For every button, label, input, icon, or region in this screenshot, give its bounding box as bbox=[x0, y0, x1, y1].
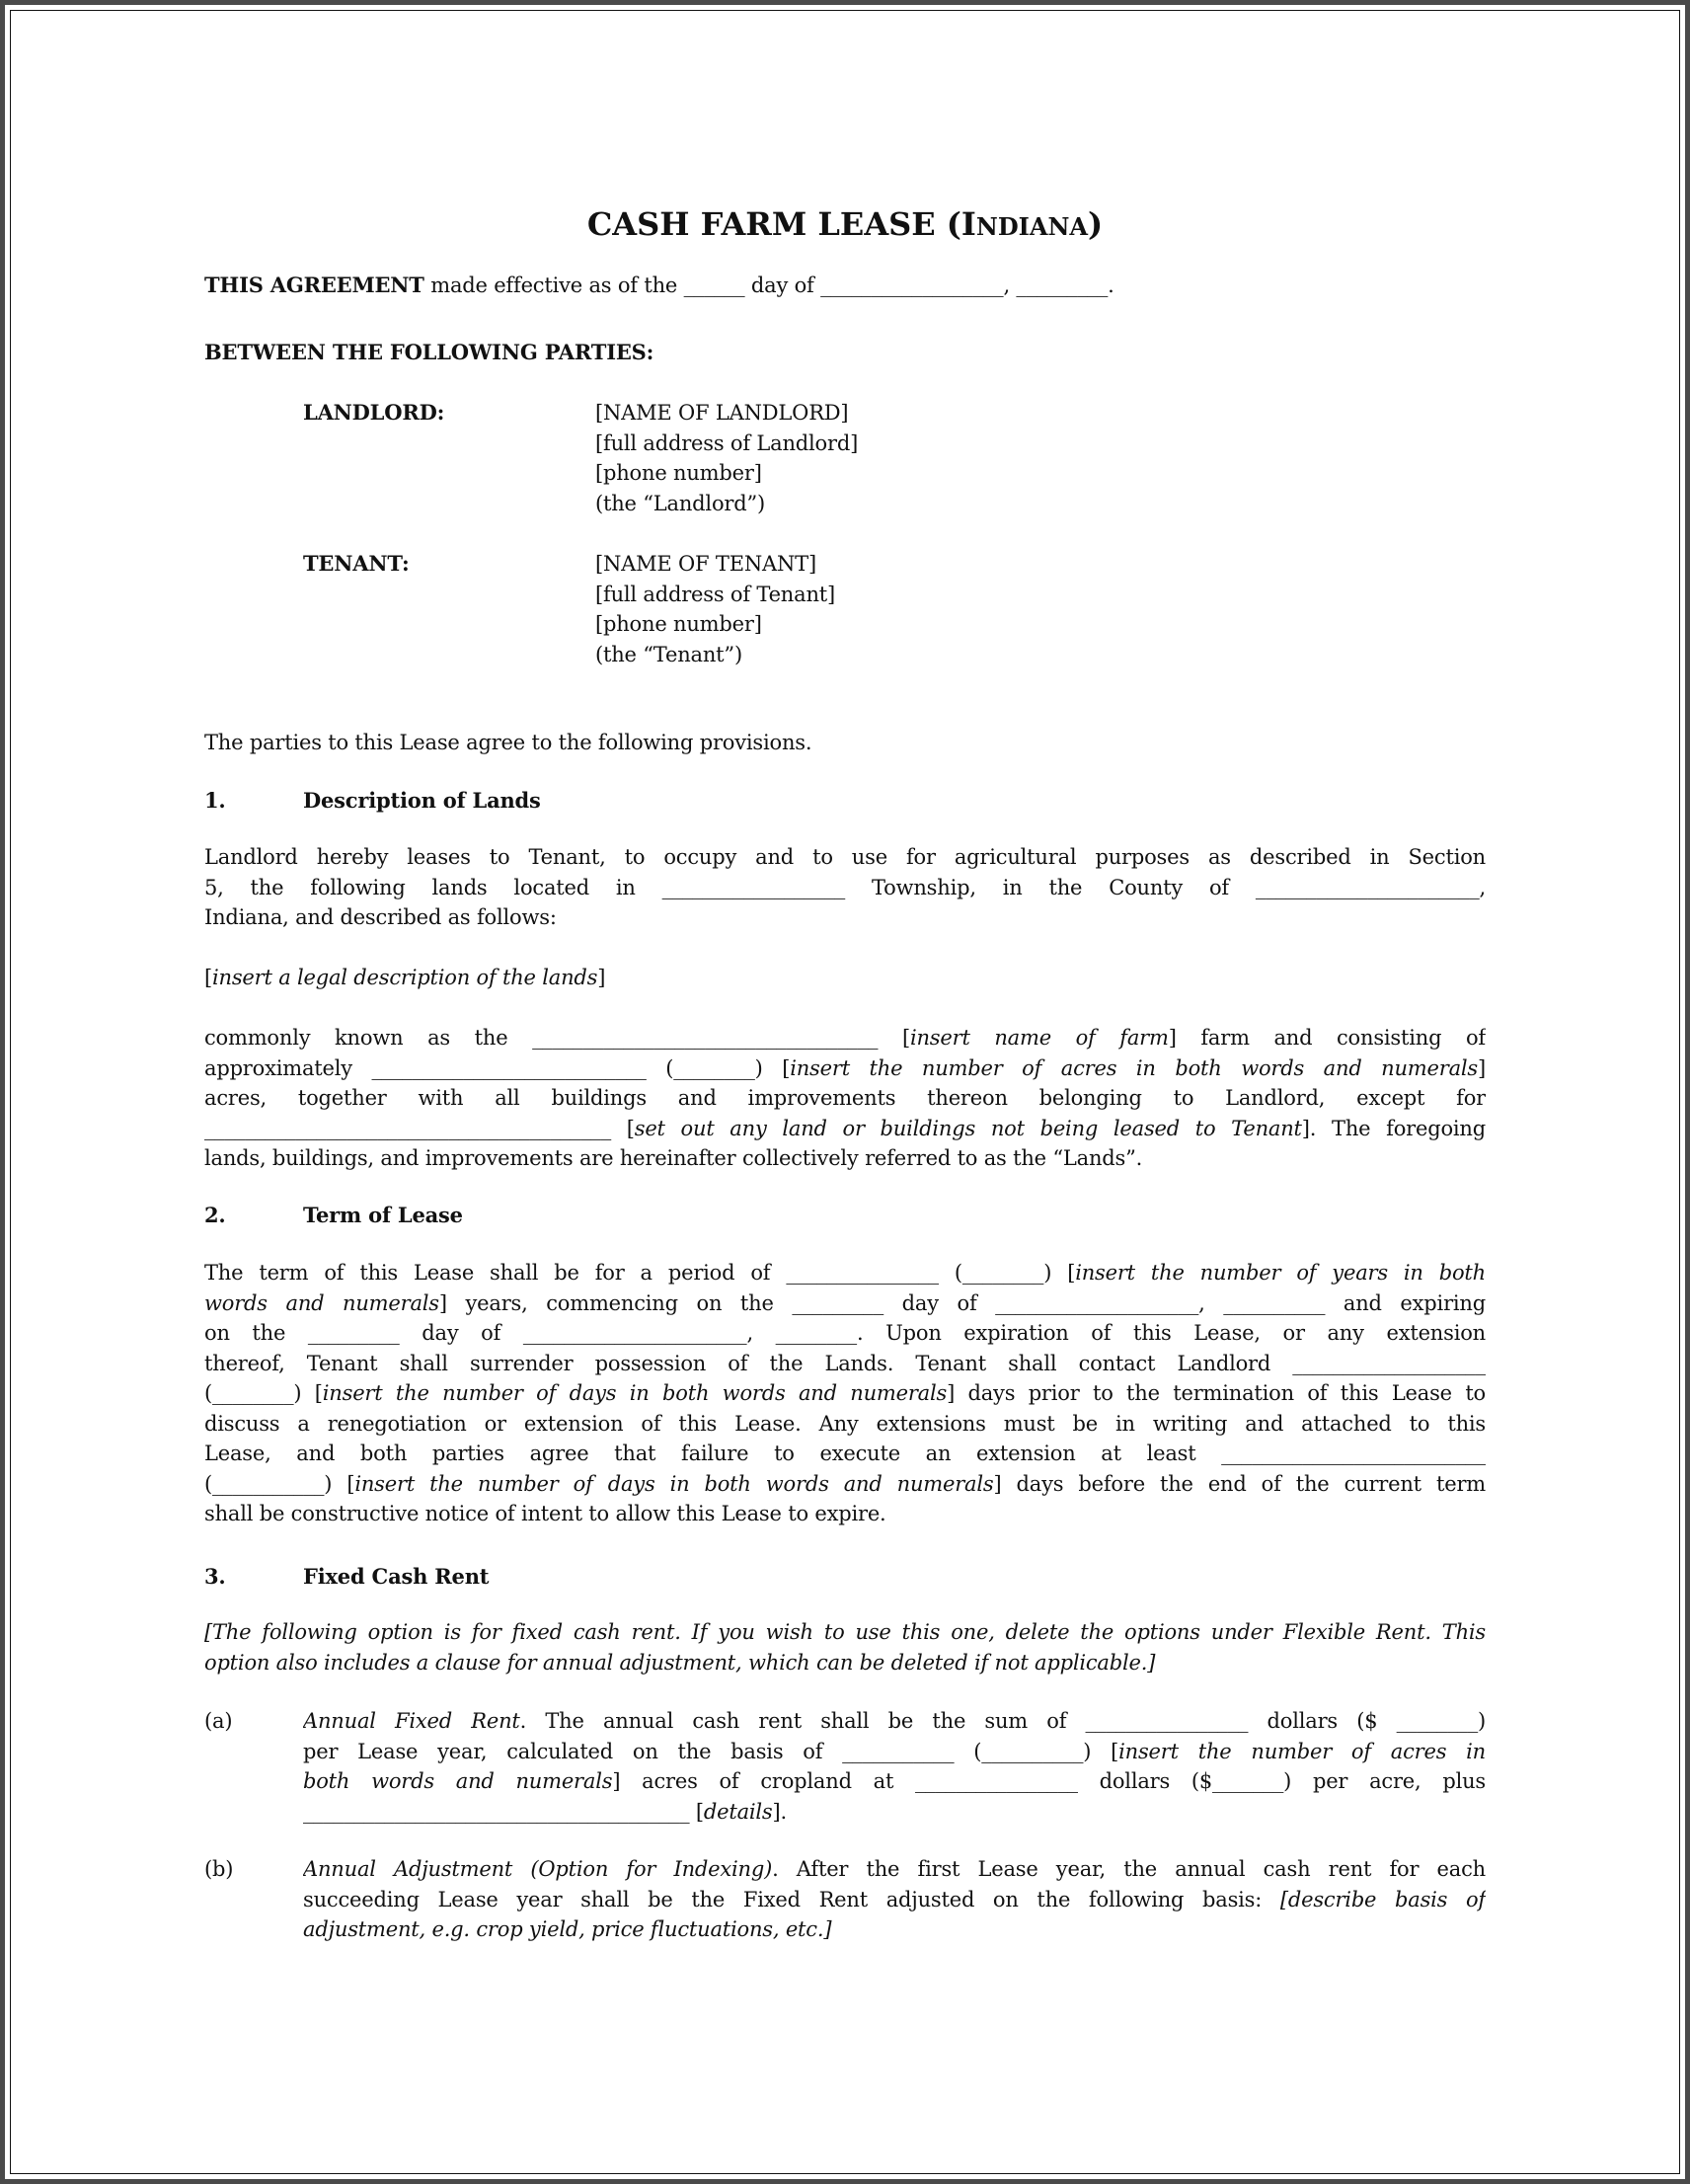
text-run: The term of this Lease shall be for a pe… bbox=[204, 1261, 1075, 1285]
section-3-note: [The following option is for fixed cash … bbox=[204, 1617, 1486, 1677]
text-run: Indiana, and described as follows: bbox=[204, 905, 557, 929]
text-run: commonly known as the __________________… bbox=[204, 1026, 910, 1050]
text-run: ] farm and consisting of bbox=[1169, 1026, 1486, 1050]
text-line: Annual Fixed Rent. The annual cash rent … bbox=[303, 1706, 1486, 1737]
italic-instruction: [describe basis of bbox=[1280, 1888, 1486, 1911]
section-title: Description of Lands bbox=[303, 786, 541, 816]
text-line: on the _________ day of ________________… bbox=[204, 1318, 1486, 1349]
text-line: (___________) [insert the number of days… bbox=[204, 1469, 1486, 1500]
italic-instruction: [The following option is for fixed cash … bbox=[204, 1620, 1486, 1644]
text-line: ______________________________________ [… bbox=[303, 1797, 1486, 1828]
text-run: 5, the following lands located in ______… bbox=[204, 876, 1486, 899]
party-detail-line: [NAME OF TENANT] bbox=[595, 549, 835, 580]
text-run: (________) [ bbox=[204, 1381, 323, 1405]
subsection-label: (a) bbox=[204, 1706, 232, 1737]
italic-instruction: insert name of farm bbox=[910, 1026, 1169, 1050]
section-title: Fixed Cash Rent bbox=[303, 1562, 489, 1592]
party-detail-line: (the “Tenant”) bbox=[595, 640, 835, 670]
text-line: Lease, and both parties agree that failu… bbox=[204, 1439, 1486, 1469]
text-line: shall be constructive notice of intent t… bbox=[204, 1499, 1486, 1529]
section-title: Term of Lease bbox=[303, 1201, 463, 1230]
text-run: ] years, commencing on the _________ day… bbox=[439, 1291, 1486, 1315]
section-1-paragraph-2: [insert a legal description of the lands… bbox=[204, 963, 1486, 993]
text-run: shall be constructive notice of intent t… bbox=[204, 1502, 886, 1525]
party-details: [NAME OF TENANT][full address of Tenant]… bbox=[595, 549, 835, 669]
title-close: ) bbox=[1088, 205, 1103, 243]
italic-instruction: option also includes a clause for annual… bbox=[204, 1651, 1155, 1675]
text-run: thereof, Tenant shall surrender possessi… bbox=[204, 1352, 1486, 1375]
italic-instruction: insert the number of days in both words … bbox=[354, 1472, 993, 1496]
text-line: thereof, Tenant shall surrender possessi… bbox=[204, 1349, 1486, 1379]
subsection-body: Annual Fixed Rent. The annual cash rent … bbox=[303, 1706, 1486, 1827]
text-run: ] bbox=[597, 966, 605, 989]
italic-instruction: insert the number of days in both words … bbox=[323, 1381, 947, 1405]
italic-instruction: Annual Fixed Rent bbox=[303, 1709, 520, 1733]
italic-instruction: set out any land or buildings not being … bbox=[635, 1117, 1302, 1140]
italic-instruction: Annual Adjustment (Option for Indexing) bbox=[303, 1857, 772, 1881]
text-line: per Lease year, calculated on the basis … bbox=[303, 1737, 1486, 1767]
text-line: [insert a legal description of the lands… bbox=[204, 963, 1486, 993]
text-run: ] days prior to the termination of this … bbox=[947, 1381, 1486, 1405]
text-run: acres, together with all buildings and i… bbox=[204, 1086, 1486, 1110]
text-line: both words and numerals] acres of cropla… bbox=[303, 1766, 1486, 1797]
section-number: 1. bbox=[204, 786, 226, 816]
text-run: ________________________________________… bbox=[204, 1117, 635, 1140]
text-run: ]. bbox=[773, 1800, 787, 1824]
party-detail-line: [full address of Tenant] bbox=[595, 580, 835, 610]
text-line: 5, the following lands located in ______… bbox=[204, 873, 1486, 903]
text-line: Indiana, and described as follows: bbox=[204, 902, 1486, 933]
text-run: per Lease year, calculated on the basis … bbox=[303, 1740, 1118, 1763]
subsection-label: (b) bbox=[204, 1854, 233, 1885]
text-run: made effective as of the ______ day of _… bbox=[424, 273, 1114, 297]
text-run: lands, buildings, and improvements are h… bbox=[204, 1146, 1142, 1170]
text-run: [ bbox=[204, 966, 212, 989]
text-line: Landlord hereby leases to Tenant, to occ… bbox=[204, 842, 1486, 873]
text-line: [The following option is for fixed cash … bbox=[204, 1617, 1486, 1648]
text-line: succeeding Lease year shall be the Fixed… bbox=[303, 1885, 1486, 1915]
text-run: succeeding Lease year shall be the Fixed… bbox=[303, 1888, 1280, 1911]
between-heading: BETWEEN THE FOLLOWING PARTIES: bbox=[204, 338, 1486, 368]
text-run: ] bbox=[1478, 1056, 1486, 1080]
text-line: approximately __________________________… bbox=[204, 1053, 1486, 1084]
party-detail-line: [NAME OF LANDLORD] bbox=[595, 398, 858, 429]
italic-instruction: adjustment, e.g. crop yield, price fluct… bbox=[303, 1917, 831, 1941]
agreement-line: THIS AGREEMENT made effective as of the … bbox=[204, 271, 1486, 301]
text-run: discuss a renegotiation or extension of … bbox=[204, 1412, 1486, 1436]
italic-instruction: words and numerals bbox=[204, 1291, 439, 1315]
text-run: . The annual cash rent shall be the sum … bbox=[520, 1709, 1486, 1733]
section-number: 3. bbox=[204, 1562, 226, 1592]
text-line: Annual Adjustment (Option for Indexing).… bbox=[303, 1854, 1486, 1885]
italic-instruction: insert the number of acres in both words… bbox=[790, 1056, 1478, 1080]
text-line: words and numerals] years, commencing on… bbox=[204, 1288, 1486, 1319]
text-run: ] days before the end of the current ter… bbox=[993, 1472, 1486, 1496]
bold-term: THIS AGREEMENT bbox=[204, 273, 424, 297]
italic-instruction: insert the number of acres in bbox=[1118, 1740, 1486, 1763]
text-line: option also includes a clause for annual… bbox=[204, 1648, 1486, 1678]
title-state: INDIANA bbox=[961, 212, 1088, 242]
party-label: TENANT: bbox=[303, 549, 410, 580]
italic-instruction: details bbox=[704, 1800, 773, 1824]
text-run: Lease, and both parties agree that failu… bbox=[204, 1442, 1486, 1465]
party-label: LANDLORD: bbox=[303, 398, 444, 429]
section-1-paragraph-1: Landlord hereby leases to Tenant, to occ… bbox=[204, 842, 1486, 933]
italic-instruction: both words and numerals bbox=[303, 1769, 612, 1793]
italic-instruction: insert a legal description of the lands bbox=[212, 966, 597, 989]
party-detail-line: [phone number] bbox=[595, 458, 858, 489]
section-2-paragraph-1: The term of this Lease shall be for a pe… bbox=[204, 1258, 1486, 1529]
text-run: (___________) [ bbox=[204, 1472, 354, 1496]
text-line: The term of this Lease shall be for a pe… bbox=[204, 1258, 1486, 1288]
text-line: lands, buildings, and improvements are h… bbox=[204, 1143, 1486, 1174]
section-1-paragraph-3: commonly known as the __________________… bbox=[204, 1023, 1486, 1174]
text-line: discuss a renegotiation or extension of … bbox=[204, 1409, 1486, 1440]
text-run: ] acres of cropland at ________________ … bbox=[612, 1769, 1486, 1793]
text-line: ________________________________________… bbox=[204, 1114, 1486, 1144]
party-detail-line: (the “Landlord”) bbox=[595, 489, 858, 519]
party-details: [NAME OF LANDLORD][full address of Landl… bbox=[595, 398, 858, 518]
text-line: commonly known as the __________________… bbox=[204, 1023, 1486, 1053]
text-run: ]. The foregoing bbox=[1302, 1117, 1486, 1140]
party-detail-line: [full address of Landlord] bbox=[595, 429, 858, 459]
document-title: CASH FARM LEASE (INDIANA) bbox=[204, 205, 1486, 243]
italic-instruction: insert the number of years in both bbox=[1075, 1261, 1486, 1285]
intro-paragraph: The parties to this Lease agree to the f… bbox=[204, 728, 1486, 758]
text-run: Landlord hereby leases to Tenant, to occ… bbox=[204, 845, 1486, 869]
text-run: approximately __________________________… bbox=[204, 1056, 790, 1080]
subsection-body: Annual Adjustment (Option for Indexing).… bbox=[303, 1854, 1486, 1945]
text-line: adjustment, e.g. crop yield, price fluct… bbox=[303, 1914, 1486, 1945]
title-main: CASH FARM LEASE ( bbox=[587, 205, 961, 243]
text-run: . After the first Lease year, the annual… bbox=[772, 1857, 1486, 1881]
text-run: ______________________________________ [ bbox=[303, 1800, 704, 1824]
party-detail-line: [phone number] bbox=[595, 609, 835, 640]
text-line: (________) [insert the number of days in… bbox=[204, 1378, 1486, 1409]
text-run: on the _________ day of ________________… bbox=[204, 1321, 1486, 1345]
section-number: 2. bbox=[204, 1201, 226, 1230]
text-line: acres, together with all buildings and i… bbox=[204, 1083, 1486, 1114]
